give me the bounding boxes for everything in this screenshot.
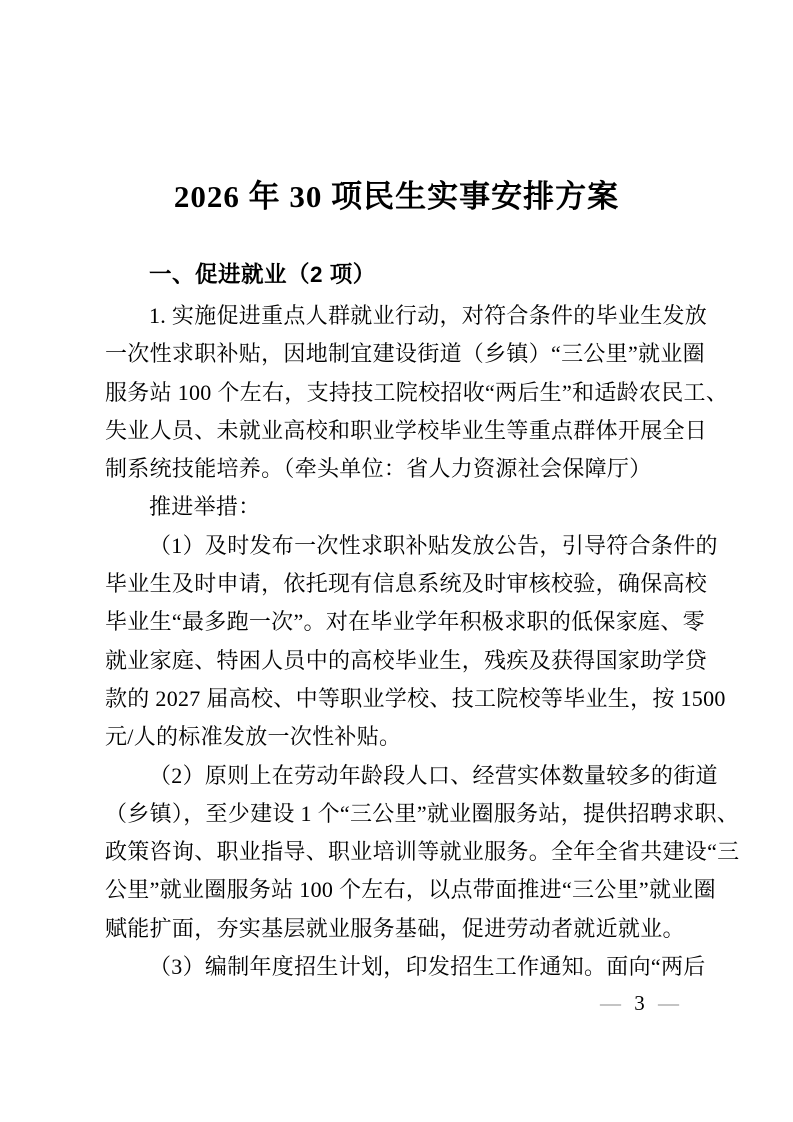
body-line: 款的 2027 届高校、中等职业学校、技工院校等毕业生，按 1500 (105, 680, 688, 718)
document-page: 2026 年 30 项民生实事安排方案 一、促进就业（2 项） 1. 实施促进重… (0, 0, 793, 1122)
body-line: 赋能扩面，夯实基层就业服务基础，促进劳动者就近就业。 (105, 910, 688, 948)
page-number-dash-right: — (658, 991, 679, 1015)
body-line: 1. 实施促进重点人群就业行动，对符合条件的毕业生发放 (105, 297, 688, 335)
body-line: （2）原则上在劳动年龄段人口、经营实体数量较多的街道 (105, 757, 688, 795)
body-line: 毕业生及时申请，依托现有信息系统及时审核校验，确保高校 (105, 565, 688, 603)
page-number-value: 3 (634, 991, 645, 1015)
body-line: 就业家庭、特困人员中的高校毕业生，残疾及获得国家助学贷 (105, 642, 688, 680)
body-line: 公里”就业圈服务站 100 个左右，以点带面推进“三公里”就业圈 (105, 871, 688, 909)
body-line: 服务站 100 个左右，支持技工院校招收“两后生”和适龄农民工、 (105, 374, 688, 412)
body-line: 失业人员、未就业高校和职业学校毕业生等重点群体开展全日 (105, 412, 688, 450)
page-number: — 3 — (600, 991, 679, 1015)
body-line: 毕业生“最多跑一次”。对在毕业学年积极求职的低保家庭、零 (105, 603, 688, 641)
body-line: 制系统技能培养。（牵头单位：省人力资源社会保障厅） (105, 450, 688, 488)
body-line: 推进举措： (105, 488, 688, 526)
body-line: 政策咨询、职业指导、职业培训等就业服务。全年全省共建设“三 (105, 833, 688, 871)
body-line: （3）编制年度招生计划，印发招生工作通知。面向“两后 (105, 948, 688, 986)
document-body: 1. 实施促进重点人群就业行动，对符合条件的毕业生发放一次性求职补贴，因地制宜建… (105, 297, 688, 986)
body-line: 元/人的标准发放一次性补贴。 (105, 718, 688, 756)
page-number-dash-left: — (600, 991, 621, 1015)
body-line: （1）及时发布一次性求职补贴发放公告，引导符合条件的 (105, 527, 688, 565)
body-line: （乡镇），至少建设 1 个“三公里”就业圈服务站，提供招聘求职、 (105, 795, 688, 833)
body-line: 一次性求职补贴，因地制宜建设街道（乡镇）“三公里”就业圈 (105, 335, 688, 373)
section-heading: 一、促进就业（2 项） (149, 257, 376, 289)
document-title: 2026 年 30 项民生实事安排方案 (0, 171, 793, 216)
